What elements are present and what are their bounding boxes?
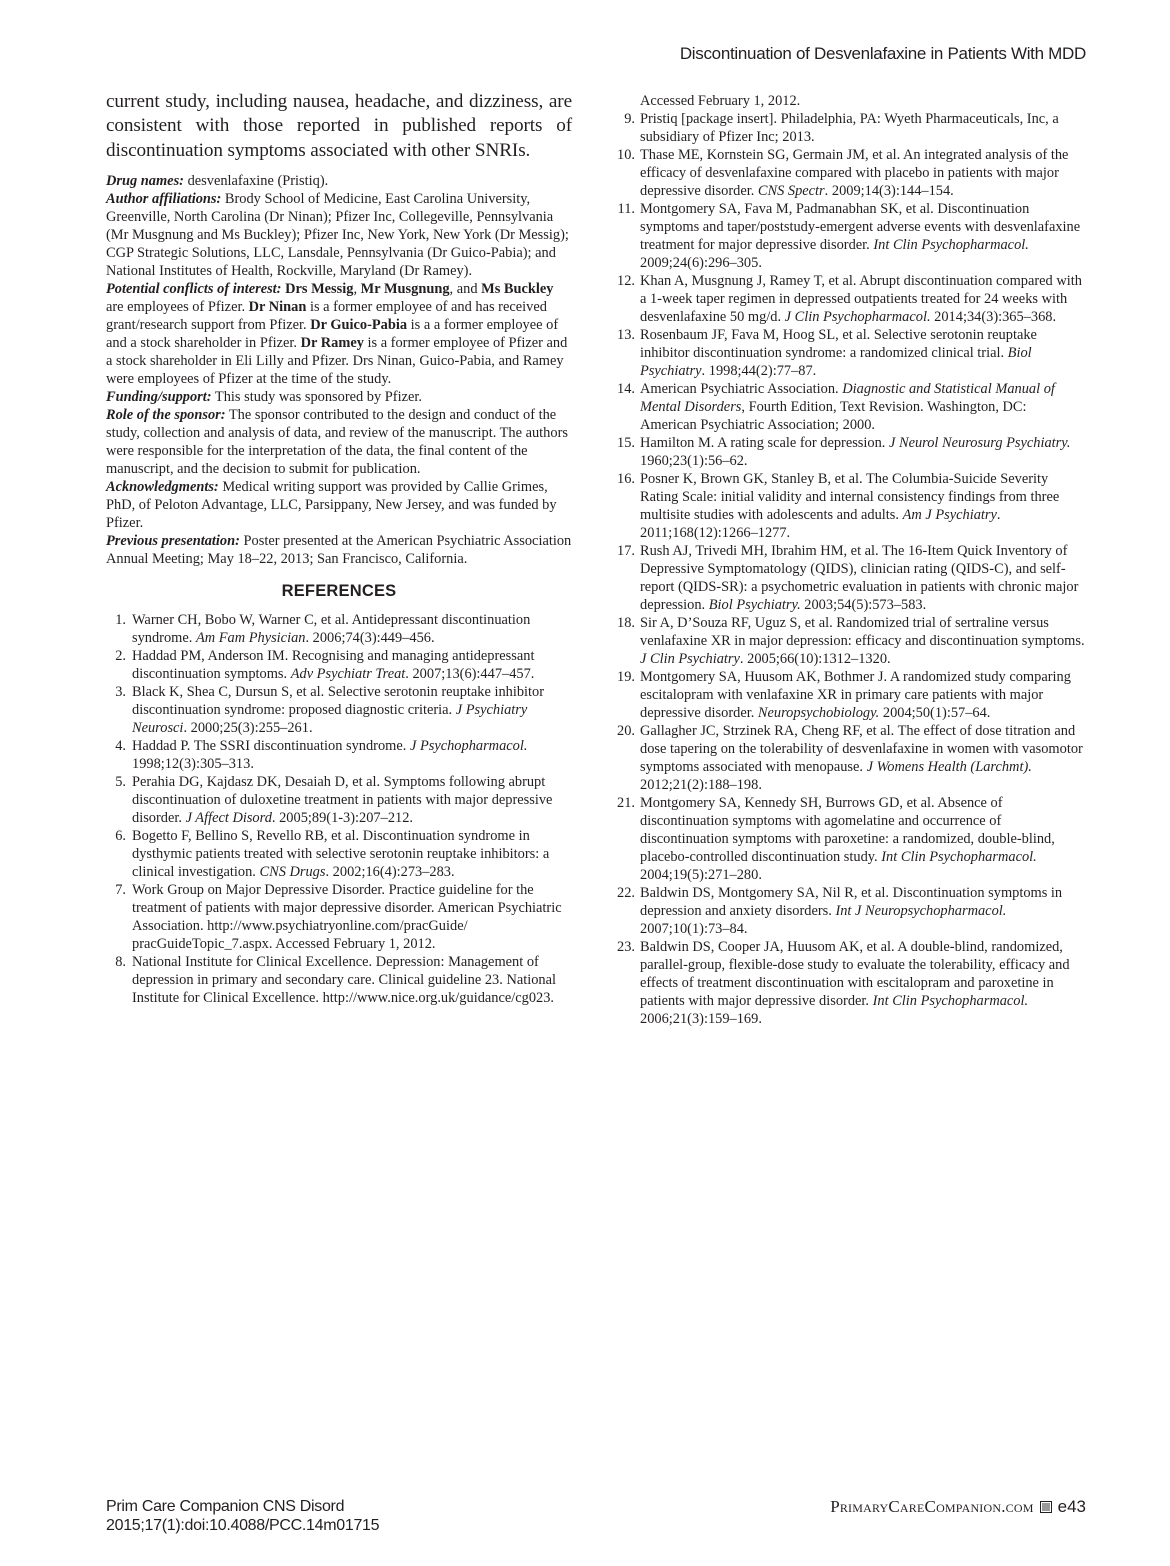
article-notes: Drug names: desvenlafaxine (Pristiq). Au… xyxy=(106,172,572,568)
reference-number: 15. xyxy=(611,434,635,452)
reference-text: Hamilton M. A rating scale for depressio… xyxy=(640,435,889,451)
reference-item: 7.Work Group on Major Depressive Disorde… xyxy=(106,881,572,953)
reference-number: 19. xyxy=(611,668,635,686)
reference-journal: J Clin Psychiatry xyxy=(640,651,740,667)
reference-item: 2.Haddad PM, Anderson IM. Recognising an… xyxy=(106,647,572,683)
reference-number: 16. xyxy=(611,470,635,488)
note-label: Author affiliations: xyxy=(106,191,221,207)
website-name: PrimaryCareCompanion.com xyxy=(830,1497,1033,1517)
reference-list-left: 1.Warner CH, Bobo W, Warner C, et al. An… xyxy=(106,611,572,1007)
reference-number: 1. xyxy=(106,611,126,629)
note-label: Potential conflicts of interest: xyxy=(106,281,281,297)
reference-number: 13. xyxy=(611,326,635,344)
references-heading: REFERENCES xyxy=(106,582,572,601)
reference-journal: CNS Drugs xyxy=(260,864,326,880)
reference-number: 3. xyxy=(106,683,126,701)
reference-text: National Institute for Clinical Excellen… xyxy=(132,954,556,1006)
reference-citation: 1960;23(1):56–62. xyxy=(640,453,748,469)
reference-citation: . 2009;14(3):144–154. xyxy=(825,183,954,199)
left-column: current study, including nausea, headach… xyxy=(106,90,572,1007)
author-name: Mr Musgnung xyxy=(361,281,450,297)
note-text: , xyxy=(353,281,360,297)
reference-item: 11.Montgomery SA, Fava M, Padmanabhan SK… xyxy=(611,200,1085,272)
reference-journal: J Affect Disord xyxy=(186,810,272,826)
reference-number: 22. xyxy=(611,884,635,902)
reference-citation: . 2005;89(1-3):207–212. xyxy=(272,810,413,826)
reference-number: 5. xyxy=(106,773,126,791)
reference-number: 4. xyxy=(106,737,126,755)
reference-item: 1.Warner CH, Bobo W, Warner C, et al. An… xyxy=(106,611,572,647)
reference-number: 7. xyxy=(106,881,126,899)
note-text: , and xyxy=(450,281,482,297)
author-name: Drs Messig xyxy=(285,281,353,297)
reference-item: 5.Perahia DG, Kajdasz DK, Desaiah D, et … xyxy=(106,773,572,827)
author-name: Ms Buckley xyxy=(481,281,553,297)
page-number: e43 xyxy=(1058,1497,1086,1517)
note-label: Funding/support: xyxy=(106,389,212,405)
reference-citation: . 1998;44(2):77–87. xyxy=(702,363,817,379)
reference-item: 6.Bogetto F, Bellino S, Revello RB, et a… xyxy=(106,827,572,881)
reference-item: 10.Thase ME, Kornstein SG, Germain JM, e… xyxy=(611,146,1085,200)
reference-journal: Int Clin Psychopharmacol. xyxy=(873,237,1028,253)
reference-journal: Am J Psychiatry xyxy=(903,507,997,523)
note-previous-presentation: Previous presentation: Poster presented … xyxy=(106,532,572,568)
reference-number: 23. xyxy=(611,938,635,956)
reference-text: Rosenbaum JF, Fava M, Hoog SL, et al. Se… xyxy=(640,327,1037,361)
reference-citation: 2003;54(5):573–583. xyxy=(801,597,927,613)
reference-journal: Neuropsychobiology. xyxy=(758,705,879,721)
reference-journal: Int Clin Psychopharmacol. xyxy=(881,849,1036,865)
journal-name: Prim Care Companion CNS Disord xyxy=(106,1497,379,1516)
reference-item: 3.Black K, Shea C, Dursun S, et al. Sele… xyxy=(106,683,572,737)
reference-number: 6. xyxy=(106,827,126,845)
reference-text: Haddad P. The SSRI discontinuation syndr… xyxy=(132,738,410,754)
note-drug-names: Drug names: desvenlafaxine (Pristiq). xyxy=(106,172,572,190)
note-author-affiliations: Author affiliations: Brody School of Med… xyxy=(106,190,572,280)
reference-number: 11. xyxy=(611,200,635,218)
reference-number: 12. xyxy=(611,272,635,290)
reference-journal: CNS Spectr xyxy=(758,183,825,199)
right-column: Accessed February 1, 2012. 9.Pristiq [pa… xyxy=(611,92,1085,1028)
note-label: Role of the sponsor: xyxy=(106,407,226,423)
note-funding: Funding/support: This study was sponsore… xyxy=(106,388,572,406)
reference-item: 19.Montgomery SA, Huusom AK, Bothmer J. … xyxy=(611,668,1085,722)
reference-number: 18. xyxy=(611,614,635,632)
reference-citation: . 2000;25(3):255–261. xyxy=(183,720,312,736)
reference-number: 17. xyxy=(611,542,635,560)
reference-item: 20.Gallagher JC, Strzinek RA, Cheng RF, … xyxy=(611,722,1085,794)
reference-text: Sir A, D’Souza RF, Uguz S, et al. Random… xyxy=(640,615,1085,649)
reference-text: Pristiq [package insert]. Philadelphia, … xyxy=(640,111,1059,145)
note-label: Previous presentation: xyxy=(106,533,240,549)
footer-site: PrimaryCareCompanion.com e43 xyxy=(830,1497,1086,1517)
reference-journal: J Neurol Neurosurg Psychiatry. xyxy=(889,435,1070,451)
author-name: Dr Ninan xyxy=(249,299,307,315)
reference-item: 21.Montgomery SA, Kennedy SH, Burrows GD… xyxy=(611,794,1085,884)
reference-number: 20. xyxy=(611,722,635,740)
reference-citation: . 2006;74(3):449–456. xyxy=(305,630,434,646)
note-role-of-sponsor: Role of the sponsor: The sponsor contrib… xyxy=(106,406,572,478)
reference-citation: . 2002;16(4):273–283. xyxy=(325,864,454,880)
reference-item: 23.Baldwin DS, Cooper JA, Huusom AK, et … xyxy=(611,938,1085,1028)
reference-item: 16.Posner K, Brown GK, Stanley B, et al.… xyxy=(611,470,1085,542)
square-box-icon xyxy=(1040,1501,1052,1513)
reference-text: American Psychiatric Association. xyxy=(640,381,842,397)
reference-item: 14.American Psychiatric Association. Dia… xyxy=(611,380,1085,434)
running-title: Discontinuation of Desvenlafaxine in Pat… xyxy=(680,44,1086,64)
author-name: Dr Guico-Pabia xyxy=(310,317,407,333)
reference-citation: 2009;24(6):296–305. xyxy=(640,255,762,271)
reference-number: 10. xyxy=(611,146,635,164)
reference-text: Work Group on Major Depressive Disorder.… xyxy=(132,882,562,952)
reference-journal: Adv Psychiatr Treat xyxy=(291,666,406,682)
lead-paragraph: current study, including nausea, headach… xyxy=(106,90,572,163)
note-text: desvenlafaxine (Pristiq). xyxy=(184,173,328,189)
reference-citation: 2006;21(3):159–169. xyxy=(640,1011,762,1027)
reference-citation: 2007;10(1):73–84. xyxy=(640,921,748,937)
note-conflicts-of-interest: Potential conflicts of interest: Drs Mes… xyxy=(106,280,572,388)
footer-citation: Prim Care Companion CNS Disord 2015;17(1… xyxy=(106,1497,379,1535)
note-text: This study was sponsored by Pfizer. xyxy=(212,389,422,405)
reference-journal: J Womens Health (Larchmt). xyxy=(867,759,1032,775)
reference-citation: 2004;50(1):57–64. xyxy=(879,705,990,721)
reference-item: 22.Baldwin DS, Montgomery SA, Nil R, et … xyxy=(611,884,1085,938)
reference-journal: J Clin Psychopharmacol. xyxy=(785,309,931,325)
reference-journal: Biol Psychiatry. xyxy=(709,597,801,613)
reference-journal: J Psychopharmacol. xyxy=(410,738,528,754)
reference-item: 12.Khan A, Musgnung J, Ramey T, et al. A… xyxy=(611,272,1085,326)
note-label: Acknowledgments: xyxy=(106,479,219,495)
reference-number: 14. xyxy=(611,380,635,398)
reference-item: 8.National Institute for Clinical Excell… xyxy=(106,953,572,1007)
reference-item: 18.Sir A, D’Souza RF, Uguz S, et al. Ran… xyxy=(611,614,1085,668)
author-name: Dr Ramey xyxy=(301,335,364,351)
reference-journal: Int Clin Psychopharmacol. xyxy=(873,993,1028,1009)
note-label: Drug names: xyxy=(106,173,184,189)
note-text: are employees of Pfizer. xyxy=(106,299,249,315)
reference-item: 4.Haddad P. The SSRI discontinuation syn… xyxy=(106,737,572,773)
reference-number: 8. xyxy=(106,953,126,971)
reference-citation: 2014;34(3):365–368. xyxy=(931,309,1057,325)
reference-item: 15.Hamilton M. A rating scale for depres… xyxy=(611,434,1085,470)
reference-citation: . 2005;66(10):1312–1320. xyxy=(740,651,891,667)
reference-citation: . 2007;13(6):447–457. xyxy=(405,666,534,682)
reference-item: 9.Pristiq [package insert]. Philadelphia… xyxy=(611,110,1085,146)
reference-item: 17.Rush AJ, Trivedi MH, Ibrahim HM, et a… xyxy=(611,542,1085,614)
note-acknowledgments: Acknowledgments: Medical writing support… xyxy=(106,478,572,532)
reference-number: 9. xyxy=(611,110,635,128)
reference-journal: Int J Neuropsychopharmacol. xyxy=(835,903,1006,919)
reference-citation: 2004;19(5):271–280. xyxy=(640,867,762,883)
journal-doi: 2015;17(1):doi:10.4088/PCC.14m01715 xyxy=(106,1516,379,1535)
reference-number: 21. xyxy=(611,794,635,812)
reference-citation: 2012;21(2):188–198. xyxy=(640,777,762,793)
reference-citation: 1998;12(3):305–313. xyxy=(132,756,254,772)
reference-list-right: 9.Pristiq [package insert]. Philadelphia… xyxy=(611,110,1085,1028)
reference-journal: Am Fam Physician xyxy=(196,630,306,646)
reference-number: 2. xyxy=(106,647,126,665)
reference-8-continuation: Accessed February 1, 2012. xyxy=(611,92,1085,110)
reference-item: 13.Rosenbaum JF, Fava M, Hoog SL, et al.… xyxy=(611,326,1085,380)
